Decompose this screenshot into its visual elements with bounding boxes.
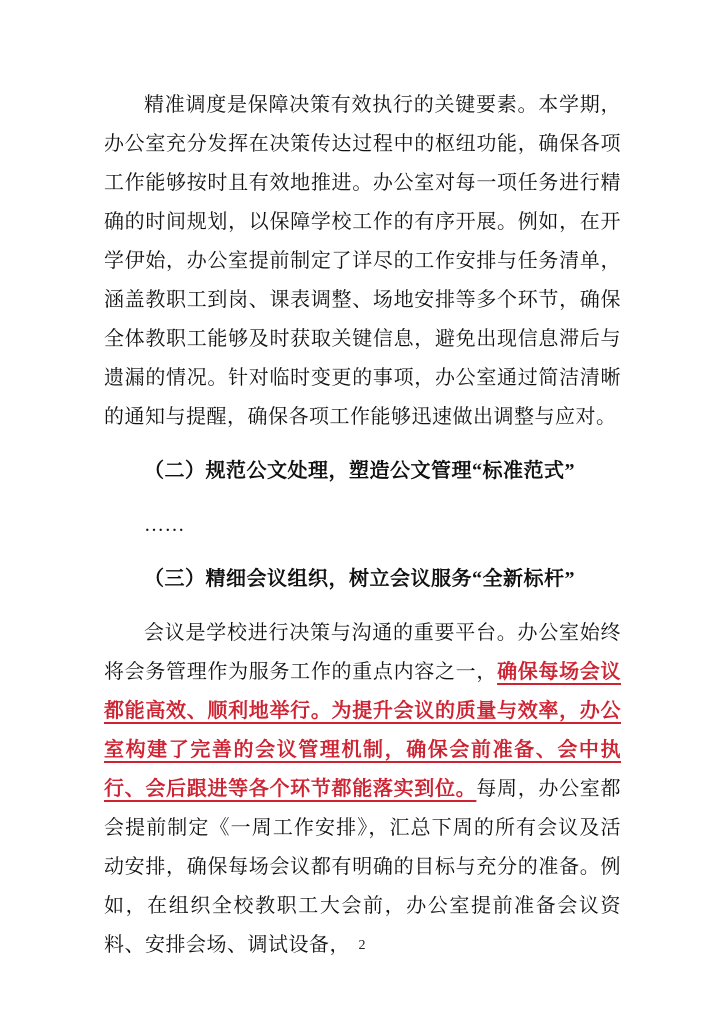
section-heading-2: （二）规范公文处理，塑造公文管理“标准范式”	[104, 452, 621, 491]
paragraph-meeting-tail: 每周，办公室都会提前制定《一周工作安排》，汇总下周的所有会议及活动安排，确保每场…	[104, 778, 621, 956]
paragraph-meeting: 会议是学校进行决策与沟通的重要平台。办公室始终将会务管理作为服务工作的重点内容之…	[104, 614, 621, 965]
paragraph-dispatch: 精准调度是保障决策有效执行的关键要素。本学期，办公室充分发挥在决策传达过程中的枢…	[104, 86, 621, 437]
document-page: 精准调度是保障决策有效执行的关键要素。本学期，办公室充分发挥在决策传达过程中的枢…	[0, 0, 724, 1024]
page-number: 2	[0, 938, 724, 954]
ellipsis-paragraph: ……	[104, 506, 621, 545]
section-heading-3: （三）精细会议组织，树立会议服务“全新标杆”	[104, 560, 621, 599]
document-content: 精准调度是保障决策有效执行的关键要素。本学期，办公室充分发挥在决策传达过程中的枢…	[104, 86, 621, 980]
